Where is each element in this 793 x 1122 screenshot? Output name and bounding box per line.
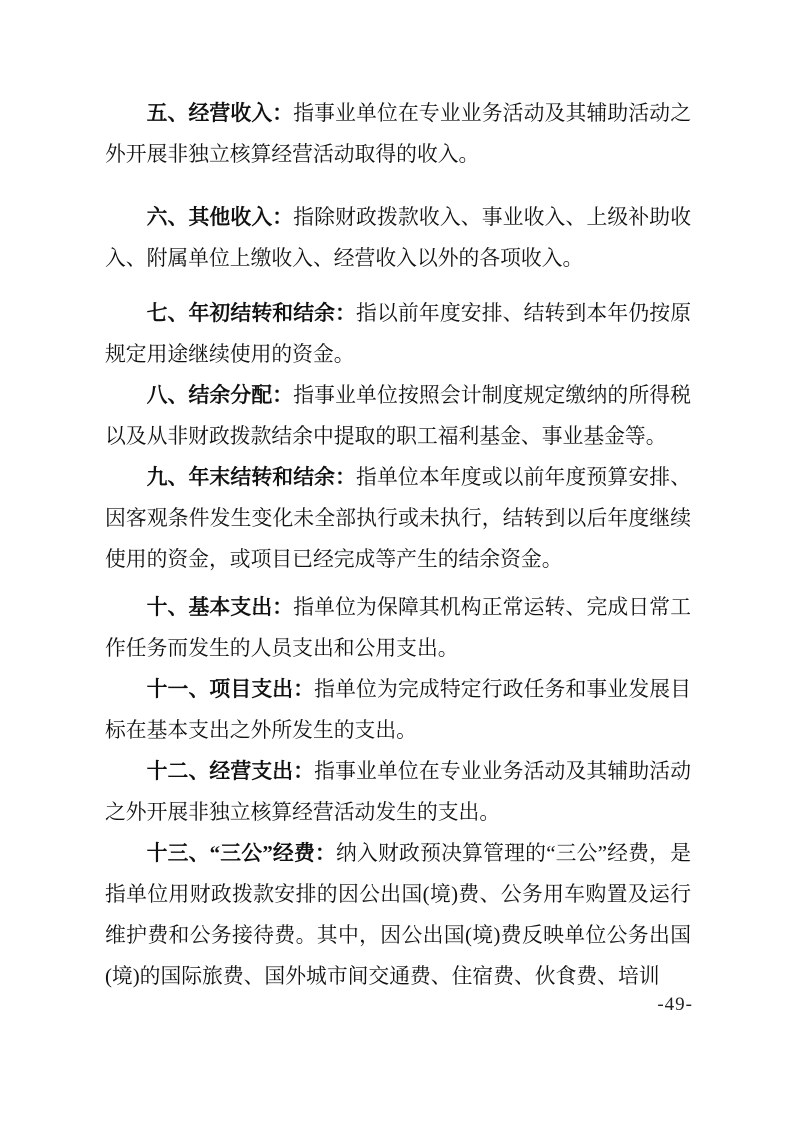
definition-operating-income: 五、经营收入：指事业单位在专业业务活动及其辅助活动之外开展非独立核算经营活动取得… bbox=[105, 93, 691, 175]
definition-surplus-distribution: 八、结余分配：指事业单位按照会计制度规定缴纳的所得税以及从非财政拨款结余中提取的… bbox=[105, 375, 691, 457]
definition-three-public-funds: 十三、“三公”经费：纳入财政预决算管理的“三公”经费，是指单位用财政拨款安排的因… bbox=[105, 833, 691, 997]
definition-project-expenditure: 十一、项目支出：指单位为完成特定行政任务和事业发展目标在基本支出之外所发生的支出… bbox=[105, 669, 691, 751]
glossary-text-block: 五、经营收入：指事业单位在专业业务活动及其辅助活动之外开展非独立核算经营活动取得… bbox=[105, 93, 691, 997]
term-label: 十二、经营支出： bbox=[147, 760, 315, 783]
term-label: 五、经营收入： bbox=[147, 102, 294, 125]
term-label: 六、其他收入： bbox=[147, 206, 294, 229]
definition-carryover-beginning: 七、年初结转和结余：指以前年度安排、结转到本年仍按原规定用途继续使用的资金。 bbox=[105, 293, 691, 375]
definition-operating-expenditure: 十二、经营支出：指事业单位在专业业务活动及其辅助活动之外开展非独立核算经营活动发… bbox=[105, 751, 691, 833]
term-label: 八、结余分配： bbox=[147, 384, 294, 407]
term-label: 十一、项目支出： bbox=[147, 678, 315, 701]
definition-other-income: 六、其他收入：指除财政拨款收入、事业收入、上级补助收入、附属单位上缴收入、经营收… bbox=[105, 197, 691, 279]
term-label: 十三、“三公”经费： bbox=[147, 842, 336, 865]
definition-carryover-yearend: 九、年末结转和结余：指单位本年度或以前年度预算安排、因客观条件发生变化未全部执行… bbox=[105, 457, 691, 580]
page-number: -49- bbox=[657, 994, 693, 1016]
term-label: 九、年末结转和结余： bbox=[147, 466, 356, 489]
term-label: 十、基本支出： bbox=[147, 596, 294, 619]
document-page: 五、经营收入：指事业单位在专业业务活动及其辅助活动之外开展非独立核算经营活动取得… bbox=[0, 0, 793, 1122]
definition-basic-expenditure: 十、基本支出：指单位为保障其机构正常运转、完成日常工作任务而发生的人员支出和公用… bbox=[105, 587, 691, 669]
term-label: 七、年初结转和结余： bbox=[147, 302, 356, 325]
